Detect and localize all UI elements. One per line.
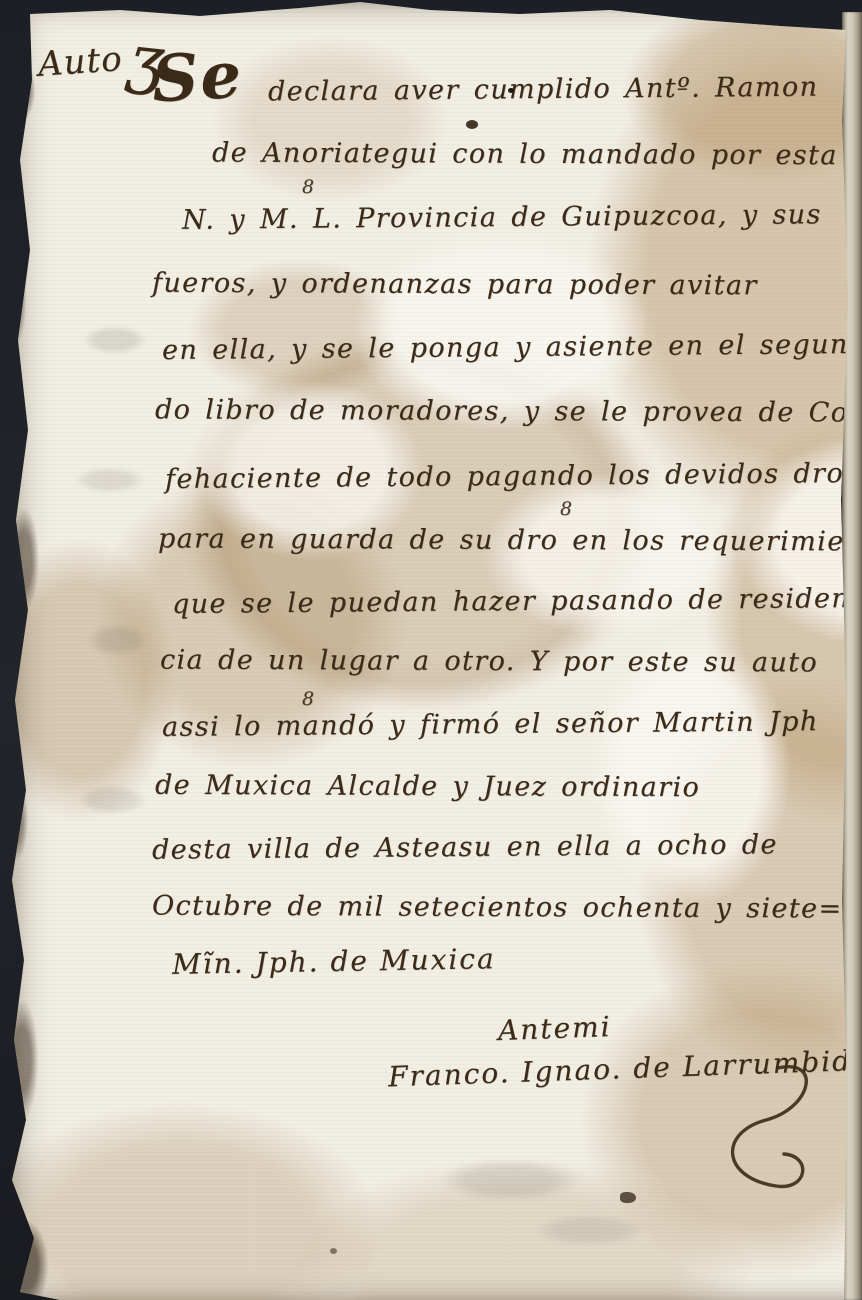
ink-blot (620, 1192, 636, 1203)
opening-flourish-word: Se (150, 38, 245, 118)
ink-blot (330, 1248, 337, 1254)
manuscript-line: cia de un lugar a otro. Y por este su au… (160, 641, 818, 684)
manuscript-line: de Muxica Alcalde y Juez ordinario (155, 766, 700, 808)
margin-note-auto: Auto (37, 39, 124, 85)
signature-rubric (700, 1062, 830, 1202)
manuscript-line: declara aver cumplido Antº. Ramon (268, 68, 819, 113)
manuscript-line: que se le puedan hazer pasando de reside… (172, 579, 861, 625)
scanned-manuscript: Auto ʒ Se declara aver cumplido Antº. Ra… (0, 0, 862, 1300)
manuscript-line: de Anoriategui con lo mandado por esta M… (212, 133, 862, 176)
manuscript-line: para en guarda de su dro en los requerim… (158, 519, 862, 562)
abbreviation-mark: 8 (302, 176, 314, 198)
attestation-antemi: Antemi (497, 1010, 612, 1047)
ink-blot (508, 88, 514, 93)
binding-grime (6, 0, 62, 1300)
manuscript-line: N. y M. L. Provincia de Guipuzcoa, y sus (182, 195, 822, 241)
abbreviation-mark: 8 (560, 498, 572, 520)
abbreviation-mark: 8 (302, 688, 314, 710)
manuscript-line: fehaciente de todo pagando los devidos d… (165, 454, 860, 500)
bleed-through-text (330, 1130, 730, 1280)
manuscript-line: en ella, y se le ponga y asiente en el s… (162, 325, 859, 371)
manuscript-line: Octubre de mil setecientos ochenta y sie… (152, 886, 843, 929)
manuscript-line: do libro de moradores, y se le provea de… (155, 390, 862, 433)
manuscript-line: assi lo mandó y firmó el señor Martin Jp… (162, 702, 819, 748)
judge-signature: Mĩn. Jph. de Muxica (172, 942, 496, 981)
ink-blot (466, 120, 478, 129)
manuscript-line: desta villa de Asteasu en ella a ocho de (152, 825, 778, 870)
manuscript-page: Auto ʒ Se declara aver cumplido Antº. Ra… (0, 0, 862, 1300)
manuscript-line: fueros, y ordenanzas para poder avitar (152, 264, 758, 307)
